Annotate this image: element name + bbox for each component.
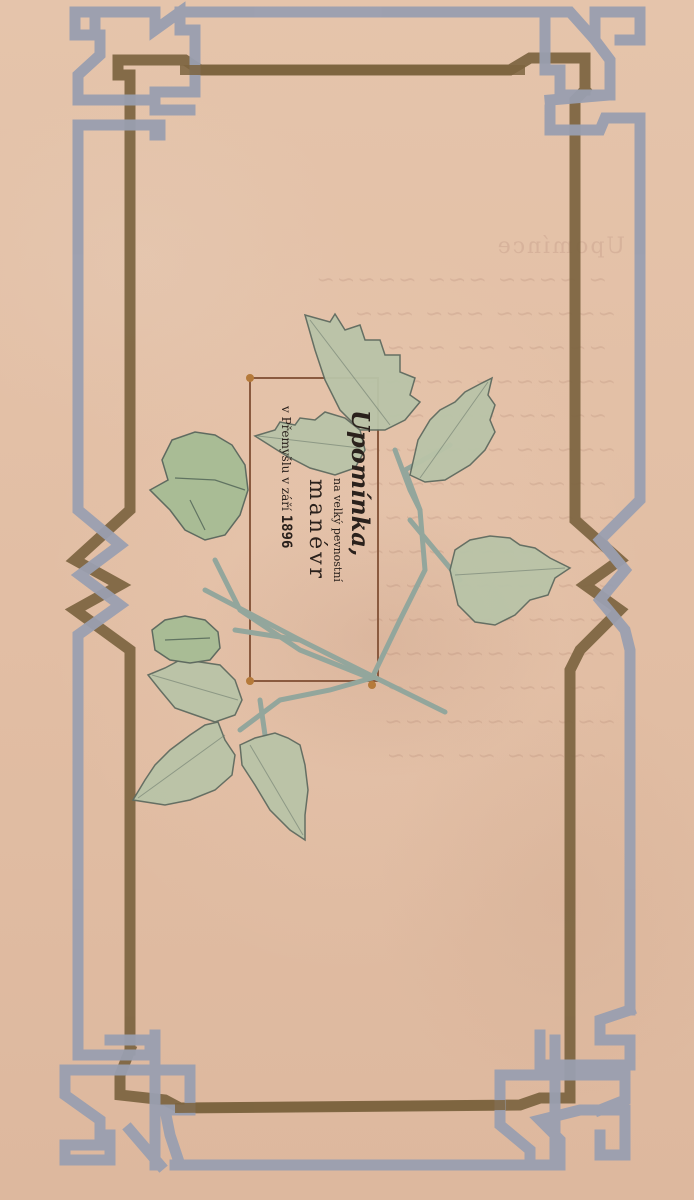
caption-year: 1896 xyxy=(278,515,294,549)
caption-subtitle: na velký pevnostní xyxy=(331,380,344,680)
leaf xyxy=(148,660,242,722)
leaf xyxy=(133,722,235,805)
leaf xyxy=(410,378,495,482)
leaf xyxy=(450,536,570,625)
caption-place: v Přemyšlu v září xyxy=(279,406,293,511)
caption-event: manévr xyxy=(304,380,329,680)
caption-title: Upomínka, xyxy=(346,380,375,680)
memorial-caption: Upomínka, na velký pevnostní manévr v Př… xyxy=(255,380,375,680)
album-page: Upomínce ~ ~~~~ ~~~ ~~~~~ ~~~~~~ ~~~ ~~~… xyxy=(0,0,694,1200)
caption-place-date: v Přemyšlu v září 1896 xyxy=(278,380,294,680)
